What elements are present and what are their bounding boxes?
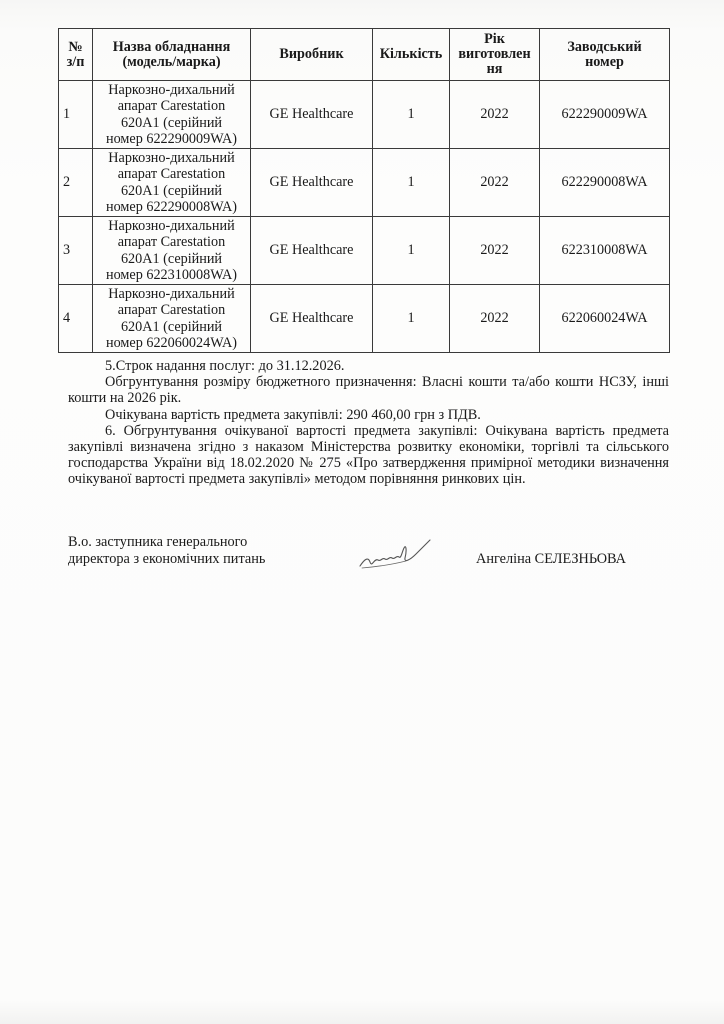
manufacturer: GE Healthcare <box>251 285 373 353</box>
row-number: 2 <box>59 149 93 217</box>
header-number-line: № <box>68 39 82 55</box>
equipment-name-line: Наркозно-дихальний <box>108 150 234 166</box>
signatory-name: Ангеліна СЕЛЕЗНЬОВА <box>476 551 626 568</box>
manufacturer: GE Healthcare <box>251 217 373 285</box>
row-number: 3 <box>59 217 93 285</box>
equipment-name-line: Наркозно-дихальний <box>108 82 234 98</box>
equipment-table-body: 1Наркозно-дихальнийапарат Carestation620… <box>59 81 670 353</box>
table-row: 4Наркозно-дихальнийапарат Carestation620… <box>59 285 670 353</box>
equipment-name-line: апарат Carestation <box>118 234 225 250</box>
table-row: 3Наркозно-дихальнийапарат Carestation620… <box>59 217 670 285</box>
header-number-line: з/п <box>67 54 85 70</box>
quantity: 1 <box>373 81 450 149</box>
equipment-name: Наркозно-дихальнийапарат Carestation620A… <box>93 81 251 149</box>
equipment-name-line: 620A1 (серійний <box>121 115 222 131</box>
cost-justification: 6. Обгрунтування очікуваної вартості пре… <box>68 423 669 488</box>
header-serial-number: Заводський номер <box>540 29 670 81</box>
header-year: Рік виготовлен ня <box>450 29 540 81</box>
document-page: № з/п Назва обладнання (модель/марка) Ви… <box>0 0 724 1024</box>
equipment-name: Наркозно-дихальнийапарат Carestation620A… <box>93 285 251 353</box>
equipment-name-line: апарат Carestation <box>118 166 225 182</box>
quantity: 1 <box>373 217 450 285</box>
serial-number: 622290009WA <box>540 81 670 149</box>
equipment-table: № з/п Назва обладнання (модель/марка) Ви… <box>58 28 670 353</box>
manufacture-year: 2022 <box>450 81 540 149</box>
signatory-role-line: директора з економічних питань <box>68 551 265 568</box>
serial-number: 622310008WA <box>540 217 670 285</box>
body-text: 5.Строк надання послуг: до 31.12.2026. О… <box>68 358 669 488</box>
header-name-line: (модель/марка) <box>122 54 220 70</box>
signatory-role: В.о. заступника генерального директора з… <box>68 534 265 568</box>
row-number: 1 <box>59 81 93 149</box>
table-row: 1Наркозно-дихальнийапарат Carestation620… <box>59 81 670 149</box>
header-number: № з/п <box>59 29 93 81</box>
expected-cost: Очікувана вартість предмета закупівлі: 2… <box>68 407 669 423</box>
table-row: 2Наркозно-дихальнийапарат Carestation620… <box>59 149 670 217</box>
equipment-name: Наркозно-дихальнийапарат Carestation620A… <box>93 217 251 285</box>
signatory-role-line: В.о. заступника генерального <box>68 534 265 551</box>
serial-number: 622060024WA <box>540 285 670 353</box>
equipment-name-line: 620A1 (серійний <box>121 319 222 335</box>
handwritten-signature-icon <box>354 530 434 575</box>
header-serial-line: номер <box>585 54 624 70</box>
quantity: 1 <box>373 149 450 217</box>
budget-justification: Обгрунтування розміру бюджетного признач… <box>68 374 669 406</box>
manufacturer: GE Healthcare <box>251 81 373 149</box>
equipment-name-line: номер 622060024WA) <box>106 335 237 351</box>
manufacture-year: 2022 <box>450 217 540 285</box>
equipment-name-line: Наркозно-дихальний <box>108 286 234 302</box>
header-equipment-name: Назва обладнання (модель/марка) <box>93 29 251 81</box>
header-year-line: Рік <box>484 31 505 47</box>
service-term: 5.Строк надання послуг: до 31.12.2026. <box>68 358 669 374</box>
table-header-row: № з/п Назва обладнання (модель/марка) Ви… <box>59 29 670 81</box>
row-number: 4 <box>59 285 93 353</box>
equipment-name: Наркозно-дихальнийапарат Carestation620A… <box>93 149 251 217</box>
equipment-name-line: номер 622290009WA) <box>106 131 237 147</box>
equipment-name-line: апарат Carestation <box>118 302 225 318</box>
equipment-name-line: номер 622290008WA) <box>106 199 237 215</box>
equipment-name-line: Наркозно-дихальний <box>108 218 234 234</box>
equipment-name-line: апарат Carestation <box>118 98 225 114</box>
header-year-line: виготовлен <box>458 46 530 62</box>
equipment-name-line: 620A1 (серійний <box>121 183 222 199</box>
manufacturer: GE Healthcare <box>251 149 373 217</box>
header-manufacturer: Виробник <box>251 29 373 81</box>
serial-number: 622290008WA <box>540 149 670 217</box>
manufacture-year: 2022 <box>450 149 540 217</box>
equipment-name-line: номер 622310008WA) <box>106 267 237 283</box>
header-year-line: ня <box>487 61 503 77</box>
manufacture-year: 2022 <box>450 285 540 353</box>
quantity: 1 <box>373 285 450 353</box>
equipment-name-line: 620A1 (серійний <box>121 251 222 267</box>
header-name-line: Назва обладнання <box>113 39 231 55</box>
header-quantity: Кількість <box>373 29 450 81</box>
header-serial-line: Заводський <box>567 39 641 55</box>
